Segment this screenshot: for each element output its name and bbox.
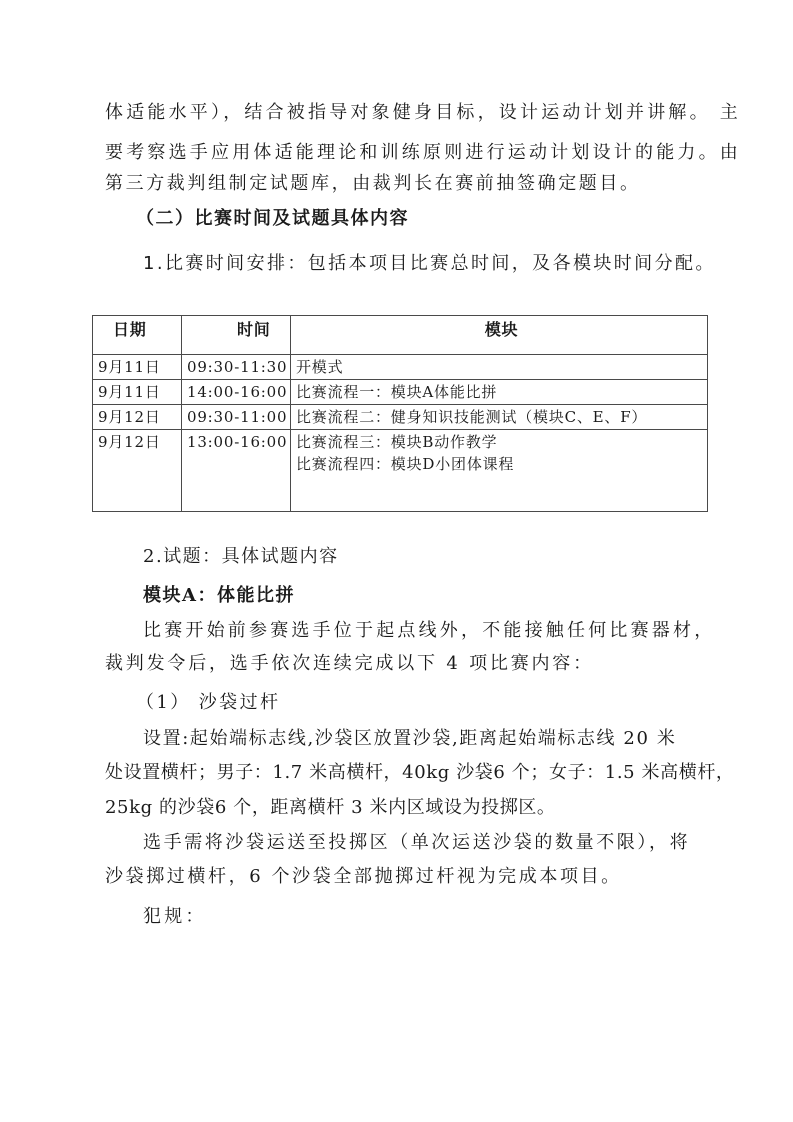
module-text: 比赛流程一：模块A体能比拼: [296, 381, 707, 403]
table-header-row: 日期 时间 模块: [93, 316, 708, 355]
cell-module: 比赛流程一：模块A体能比拼: [291, 380, 708, 405]
subsection-title: （1） 沙袋过杆: [136, 691, 280, 715]
cell-module: 比赛流程三：模块B动作教学 比赛流程四：模块D小团体课程: [291, 430, 708, 512]
column-header-time: 时间: [182, 316, 291, 355]
schedule-table: 日期 时间 模块 9月11日 09:30-11:30 开模式 9月11日 14:…: [92, 315, 708, 512]
paragraph-line: 选手需将沙袋运送至投掷区（单次运送沙袋的数量不限），将: [143, 831, 690, 855]
paragraph-line: 比赛开始前参赛选手位于起点线外，不能接触任何比赛器材，: [143, 619, 715, 643]
module-text: 开模式: [296, 356, 707, 378]
paragraph-line: 第三方裁判组制定试题库，由裁判长在赛前抽签确定题目。: [105, 172, 641, 196]
column-header-module: 模块: [291, 316, 708, 355]
section-heading: （二）比赛时间及试题具体内容: [136, 207, 409, 231]
cell-date: 9月12日: [93, 430, 182, 512]
module-text: 比赛流程三：模块B动作教学: [296, 431, 707, 453]
table-row: 9月11日 14:00-16:00 比赛流程一：模块A体能比拼: [93, 380, 708, 405]
cell-date: 9月11日: [93, 380, 182, 405]
cell-date: 9月11日: [93, 355, 182, 380]
schedule-intro: 1.比赛时间安排：包括本项目比赛总时间，及各模块时间分配。: [143, 252, 716, 276]
cell-module: 开模式: [291, 355, 708, 380]
module-text: 比赛流程四：模块D小团体课程: [296, 453, 707, 475]
foul-label: 犯规：: [143, 905, 207, 929]
exam-intro: 2.试题：具体试题内容: [143, 545, 339, 569]
paragraph-line: 体适能水平），结合被指导对象健身目标，设计运动计划并讲解。 主: [105, 101, 741, 125]
paragraph-line: 25kg 的沙袋6 个，距离横杆 3 米内区域设为投掷区。: [105, 796, 556, 820]
paragraph-line: 设置:起始端标志线,沙袋区放置沙袋,距离起始端标志线 20 米: [143, 727, 676, 751]
cell-time: 13:00-16:00: [182, 430, 291, 512]
module-text: 比赛流程二：健身知识技能测试（模块C、E、F）: [296, 406, 707, 428]
paragraph-line: 处设置横杆；男子：1.7 米高横杆，40kg 沙袋6 个；女子：1.5 米高横杆…: [105, 761, 735, 785]
column-header-date: 日期: [93, 316, 182, 355]
table-row: 9月12日 09:30-11:00 比赛流程二：健身知识技能测试（模块C、E、F…: [93, 405, 708, 430]
cell-time: 09:30-11:30: [182, 355, 291, 380]
cell-module: 比赛流程二：健身知识技能测试（模块C、E、F）: [291, 405, 708, 430]
paragraph-line: 裁判发令后，选手依次连续完成以下 4 项比赛内容：: [105, 652, 594, 676]
paragraph-line: 要考察选手应用体适能理论和训练原则进行运动计划设计的能力。由: [105, 141, 741, 165]
paragraph-line: 沙袋掷过横杆，6 个沙袋全部抛掷过杆视为完成本项目。: [105, 865, 622, 889]
table-row: 9月12日 13:00-16:00 比赛流程三：模块B动作教学 比赛流程四：模块…: [93, 430, 708, 512]
cell-date: 9月12日: [93, 405, 182, 430]
table-row: 9月11日 09:30-11:30 开模式: [93, 355, 708, 380]
module-a-heading: 模块A：体能比拼: [143, 584, 295, 608]
cell-time: 09:30-11:00: [182, 405, 291, 430]
cell-time: 14:00-16:00: [182, 380, 291, 405]
